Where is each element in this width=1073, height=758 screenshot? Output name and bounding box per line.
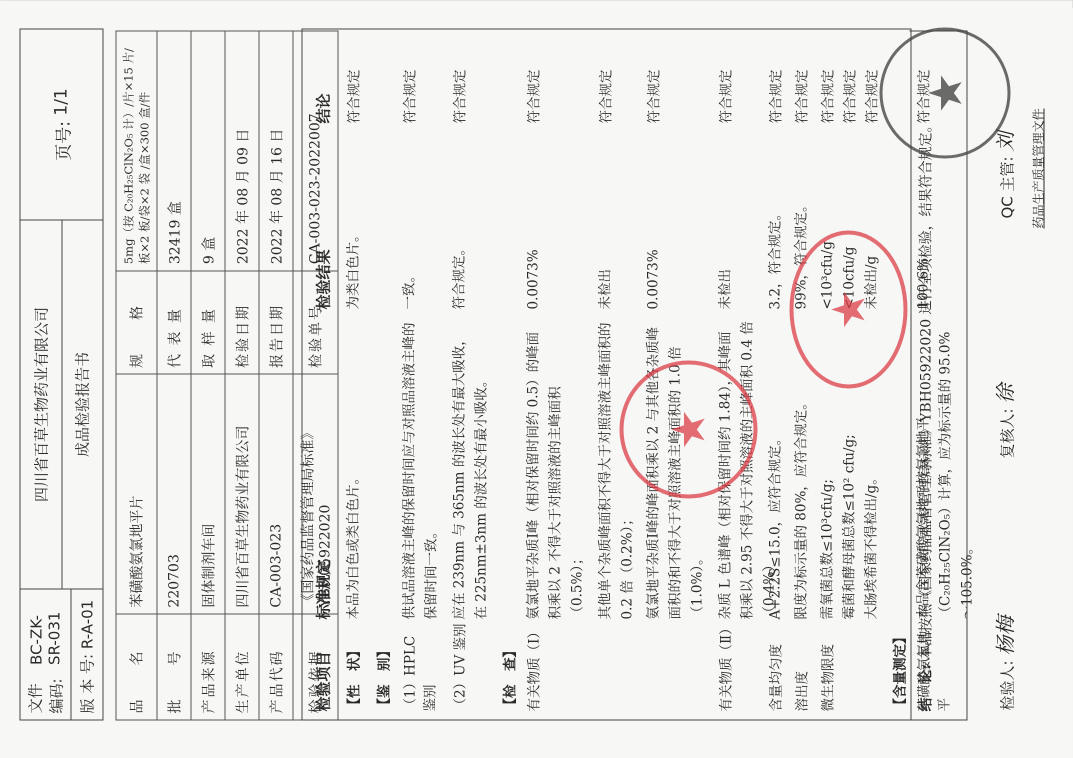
qa-seal-stamp: ★ bbox=[790, 231, 908, 389]
info-cell-v2: 5mg（按 C₂₀H₂₅ClN₂O₅ 计）/片×15 片/板×2 板/袋×2 袋… bbox=[116, 31, 157, 271]
cell-result: 未检出 bbox=[715, 160, 737, 310]
cell-conclusion: 符合规定 bbox=[715, 44, 735, 124]
cell-standard: 本品为白色或类白色片。 bbox=[343, 320, 365, 620]
page-number: 页号: 1/1 bbox=[21, 30, 103, 220]
star-icon: ★ bbox=[918, 72, 972, 113]
header-conclusion: 结论 bbox=[313, 44, 334, 124]
footer-note: 药品生产质量管理文件 bbox=[1030, 108, 1047, 228]
cell-conclusion: 符合规定 bbox=[839, 44, 859, 124]
cell-conclusion: 符合规定 bbox=[817, 44, 837, 124]
info-cell-v2: 2022 年 08 月 16 日 bbox=[259, 31, 293, 271]
cell-standard: 应在 239nm 与 365nm 的波长处有最大吸收，在 225nm±3nm 的… bbox=[449, 320, 493, 620]
info-row: 产品代码CA-003-023报告日期2022 年 08 月 16 日 bbox=[259, 31, 293, 720]
doc-code: 文件编码: BC-ZK-SR-031 bbox=[21, 590, 72, 720]
info-cell-k1: 产品来源 bbox=[191, 614, 225, 720]
cell-item: 微生物限度 bbox=[817, 624, 837, 712]
info-cell-k2: 规 格 bbox=[116, 271, 157, 375]
info-cell-k1: 品 名 bbox=[116, 614, 157, 720]
cell-result: 一致。 bbox=[399, 160, 421, 310]
cell-item: 有关物质（Ⅰ） bbox=[523, 624, 543, 712]
cell-result: 0.0073% bbox=[643, 160, 665, 310]
conclusion-text: 本品按照《国家药品监督管理局标准》YBH05922020 进行全项检验，结果符合… bbox=[919, 118, 935, 659]
company-seal-stamp: ★ bbox=[620, 361, 758, 499]
cell-conclusion: 符合规定 bbox=[449, 44, 469, 124]
inspection-pass-stamp: ★ bbox=[880, 28, 1011, 159]
cell-standard: 供试品溶液主峰的保留时间应与对照品溶液主峰的保留时间一致。 bbox=[399, 320, 443, 620]
cell-item: 【检 查】 bbox=[499, 624, 519, 712]
cell-standard: A+2.2S≤15.0，应符合规定。 bbox=[765, 320, 787, 620]
inspector-signature: 检验人: 杨梅 bbox=[990, 616, 1019, 711]
info-cell-k2: 检验日期 bbox=[225, 271, 259, 375]
qc-signature: QC 主管: 刘 bbox=[990, 132, 1019, 219]
cell-item: 溶出度 bbox=[791, 624, 811, 712]
cell-item: （1）HPLC 鉴别 bbox=[399, 624, 439, 712]
info-cell-v1: 苯磺酸氨氯地平片 bbox=[116, 375, 157, 615]
info-cell-v2: 9 盒 bbox=[191, 31, 225, 271]
info-cell-k1: 产品代码 bbox=[259, 614, 293, 720]
info-row: 批 号220703代 表 量32419 盒 bbox=[157, 31, 191, 720]
document-header: 文件编码: BC-ZK-SR-031 版 本 号: R-A-01 四川省百草生物… bbox=[20, 29, 104, 721]
report-page: 文件编码: BC-ZK-SR-031 版 本 号: R-A-01 四川省百草生物… bbox=[0, 1, 1073, 758]
header-standard: 标准规定 bbox=[313, 320, 335, 620]
doc-version: 版 本 号: R-A-01 bbox=[72, 590, 103, 720]
header-result: 检验结果 bbox=[313, 160, 335, 310]
cell-item: 【鉴 别】 bbox=[373, 624, 393, 712]
star-icon: ★ bbox=[822, 289, 876, 330]
cell-conclusion: 符合规定 bbox=[791, 44, 811, 124]
info-cell-v2: 32419 盒 bbox=[157, 31, 191, 271]
cell-result: 符合规定。 bbox=[449, 160, 471, 310]
cell-conclusion: 符合规定 bbox=[523, 44, 543, 124]
info-cell-k1: 批 号 bbox=[157, 614, 191, 720]
cell-item: 含量均匀度 bbox=[765, 624, 785, 712]
cell-result: 为类白色片。 bbox=[343, 160, 365, 310]
info-row: 品 名苯磺酸氨氯地平片规 格5mg（按 C₂₀H₂₅ClN₂O₅ 计）/片×15… bbox=[116, 31, 157, 720]
cell-result: 0.0073% bbox=[523, 160, 545, 310]
cell-item: （2）UV 鉴别 bbox=[449, 624, 469, 712]
info-cell-v1: 固体制剂车间 bbox=[191, 375, 225, 615]
star-icon: ★ bbox=[662, 409, 716, 450]
info-row: 产品来源固体制剂车间取 样 量9 盒 bbox=[191, 31, 225, 720]
info-cell-k2: 代 表 量 bbox=[157, 271, 191, 375]
conclusion-label: 结 论: bbox=[919, 664, 935, 711]
header-item: 检验项目 bbox=[313, 624, 334, 712]
cell-conclusion: 符合规定 bbox=[399, 44, 419, 124]
cell-conclusion: 符合规定 bbox=[595, 44, 615, 124]
cell-conclusion: 符合规定 bbox=[861, 44, 881, 124]
cell-result: 3.2，符合规定。 bbox=[765, 160, 787, 310]
cell-item: 有关物质（Ⅱ） bbox=[715, 624, 735, 712]
info-cell-k2: 报告日期 bbox=[259, 271, 293, 375]
info-cell-v1: 220703 bbox=[157, 375, 191, 615]
cell-standard: 氨氯地平杂质Ⅰ峰（相对保留时间约 0.5）的峰面积乘以 2 不得大于对照溶液的主… bbox=[523, 320, 589, 620]
cell-conclusion: 符合规定 bbox=[765, 44, 785, 124]
info-cell-v2: 2022 年 08 月 09 日 bbox=[225, 31, 259, 271]
report-title: 成品检验报告书 bbox=[62, 221, 103, 589]
info-cell-k2: 取 样 量 bbox=[191, 271, 225, 375]
info-row: 生产单位四川省百草生物药业有限公司检验日期2022 年 08 月 09 日 bbox=[225, 31, 259, 720]
info-cell-v1: CA-003-023 bbox=[259, 375, 293, 615]
reviewer-signature: 复核人: 徐 bbox=[990, 384, 1019, 459]
info-cell-k1: 生产单位 bbox=[225, 614, 259, 720]
cell-conclusion: 符合规定 bbox=[643, 44, 663, 124]
cell-result: 未检出 bbox=[595, 160, 617, 310]
company-name: 四川省百草生物药业有限公司 bbox=[21, 221, 63, 589]
cell-item: 【含量测定】 bbox=[889, 624, 909, 712]
info-cell-v1: 四川省百草生物药业有限公司 bbox=[225, 375, 259, 615]
cell-conclusion: 符合规定 bbox=[343, 44, 363, 124]
cell-item: 【性 状】 bbox=[343, 624, 363, 712]
